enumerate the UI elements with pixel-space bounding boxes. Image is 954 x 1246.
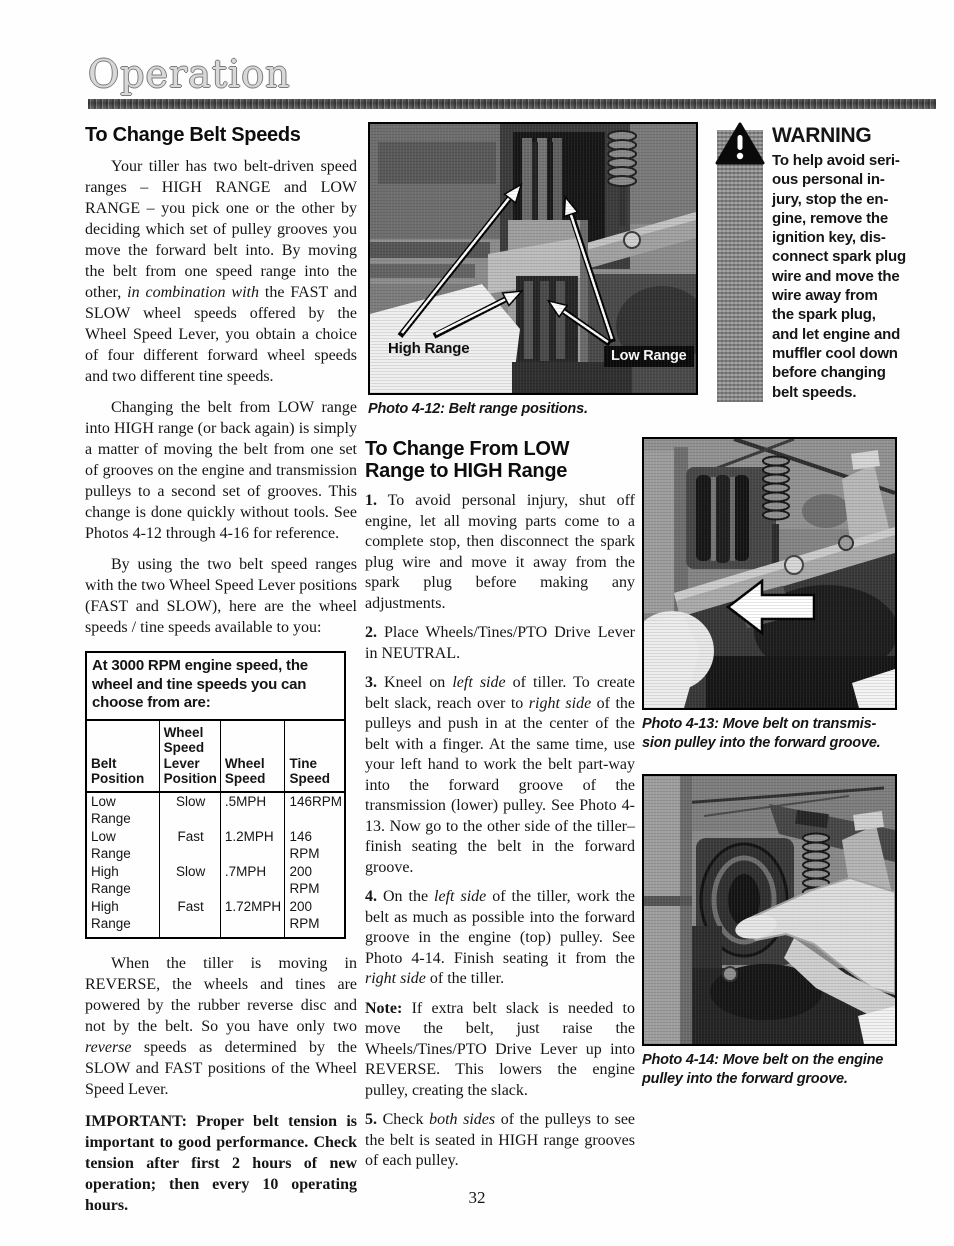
step-text-italic: right side bbox=[529, 695, 591, 712]
table-cell: .7MPH bbox=[220, 863, 285, 898]
left-column: To Change Belt Speeds Your tiller has tw… bbox=[85, 124, 357, 1216]
table-cell: Low Range bbox=[86, 792, 159, 828]
table-caption-row: At 3000 RPM engine speed, the wheel and … bbox=[86, 652, 345, 720]
warning-triangle-icon bbox=[715, 122, 765, 166]
step-2: 2. Place Wheels/Tines/PTO Drive Lever in… bbox=[365, 623, 635, 664]
step-text: Kneel on bbox=[377, 674, 452, 691]
manual-page: Operation To Change Belt Speeds Your til… bbox=[0, 0, 954, 1246]
speed-table: At 3000 RPM engine speed, the wheel and … bbox=[85, 651, 346, 939]
paragraph: When the tiller is moving in REVERSE, th… bbox=[85, 953, 357, 1100]
table-cell: Fast bbox=[159, 828, 220, 863]
section-heading-change-range: To Change From LOW Range to HIGH Range bbox=[365, 438, 620, 482]
photo-4-13-caption: Photo 4-13: Move belt on transmis­sion p… bbox=[642, 715, 898, 753]
step-number: 5. bbox=[365, 1111, 377, 1128]
high-range-label: High Range bbox=[388, 340, 469, 357]
table-cell: .5MPH bbox=[220, 792, 285, 828]
table-row: High Range Fast 1.72MPH 200 RPM bbox=[86, 898, 345, 938]
photo-4-14-caption: Photo 4-14: Move belt on the en­gine pul… bbox=[642, 1051, 898, 1089]
table-caption: At 3000 RPM engine speed, the wheel and … bbox=[86, 652, 345, 720]
table-cell: 1.72MPH bbox=[220, 898, 285, 938]
table-header-belt-position: Belt Position bbox=[86, 720, 159, 792]
paragraph-text: When the tiller is moving in REVERSE, th… bbox=[85, 955, 357, 1035]
transmission-pulley bbox=[686, 467, 776, 569]
step-number: 3. bbox=[365, 674, 377, 691]
table-cell: Low Range bbox=[86, 828, 159, 863]
step-text: On the bbox=[377, 888, 434, 905]
important-note: IMPORTANT: Proper belt tension is import… bbox=[85, 1111, 357, 1216]
step-number: 1. bbox=[365, 492, 377, 509]
step-text: of the tiller. bbox=[426, 970, 504, 987]
paragraph: Changing the belt from LOW range into HI… bbox=[85, 397, 357, 544]
paragraph: Your tiller has two belt-driven speed ra… bbox=[85, 156, 357, 387]
photo-4-13-illustration bbox=[644, 439, 895, 708]
note-label: Note: bbox=[365, 1000, 402, 1017]
step-text: of the pulleys and push in at the center… bbox=[365, 695, 635, 876]
step-text-italic: both sides bbox=[429, 1111, 495, 1128]
table-cell: 200 RPM bbox=[285, 863, 345, 898]
paragraph-text-italic: in combination with bbox=[127, 284, 259, 301]
step-text: Check bbox=[377, 1111, 429, 1128]
step-5: 5. Check both sides of the pulleys to se… bbox=[365, 1110, 635, 1172]
step-text-italic: left side bbox=[434, 888, 486, 905]
table-row: Low Range Slow .5MPH 146RPM bbox=[86, 792, 345, 828]
masthead-rule bbox=[88, 99, 936, 109]
note-paragraph: Note: If extra belt slack is needed to m… bbox=[365, 999, 635, 1102]
warning-title: WARNING bbox=[772, 124, 952, 148]
step-number: 4. bbox=[365, 888, 377, 905]
table-cell: 200 RPM bbox=[285, 898, 345, 938]
warning-body: To help avoid seri- ous personal in- jur… bbox=[772, 151, 952, 402]
table-cell: Slow bbox=[159, 863, 220, 898]
step-text: Place Wheels/Tines/PTO Drive Lever in NE… bbox=[365, 624, 635, 662]
step-text-italic: left side bbox=[452, 674, 505, 691]
table-row: High Range Slow .7MPH 200 RPM bbox=[86, 863, 345, 898]
warning-box: WARNING To help avoid seri- ous personal… bbox=[715, 122, 954, 414]
step-text: To avoid personal injury, shut off engin… bbox=[365, 492, 635, 612]
paragraph-text: Your tiller has two belt-driven speed ra… bbox=[85, 158, 357, 301]
table-cell: High Range bbox=[86, 863, 159, 898]
table-cell: Slow bbox=[159, 792, 220, 828]
photo-4-14-illustration bbox=[644, 776, 895, 1044]
step-1: 1. To avoid personal injury, shut off en… bbox=[365, 491, 635, 614]
table-header-lever-position: Wheel Speed Lever Position bbox=[159, 720, 220, 792]
step-text-italic: right side bbox=[365, 970, 426, 987]
section-heading-belt-speeds: To Change Belt Speeds bbox=[85, 124, 357, 146]
warning-side-bar bbox=[717, 130, 763, 402]
paragraph-text-italic: reverse bbox=[85, 1039, 132, 1056]
table-cell: 1.2MPH bbox=[220, 828, 285, 863]
table-cell: 146 RPM bbox=[285, 828, 345, 863]
table-header-wheel-speed: Wheel Speed bbox=[220, 720, 285, 792]
step-3: 3. Kneel on left side of tiller. To crea… bbox=[365, 673, 635, 878]
step-number: 2. bbox=[365, 624, 377, 641]
table-cell: Fast bbox=[159, 898, 220, 938]
table-header-tine-speed: Tine Speed bbox=[285, 720, 345, 792]
page-title: Operation bbox=[88, 52, 291, 96]
table-cell: High Range bbox=[86, 898, 159, 938]
table-row: Low Range Fast 1.2MPH 146 RPM bbox=[86, 828, 345, 863]
transmission-pulley bbox=[516, 276, 578, 362]
photo-4-13-transmission-pulley bbox=[642, 437, 897, 710]
table-header-row: Belt Position Wheel Speed Lever Position… bbox=[86, 720, 345, 792]
warning-text-block: WARNING To help avoid seri- ous personal… bbox=[772, 124, 952, 402]
table-cell: 146RPM bbox=[285, 792, 345, 828]
page-number: 32 bbox=[427, 1188, 527, 1208]
right-column: WARNING To help avoid seri- ous personal… bbox=[640, 122, 954, 1089]
note-text: If extra belt slack is needed to move th… bbox=[365, 1000, 635, 1099]
paragraph: By using the two belt speed ranges with … bbox=[85, 554, 357, 638]
photo-4-14-engine-pulley bbox=[642, 774, 897, 1046]
step-4: 4. On the left side of the tiller, work … bbox=[365, 887, 635, 990]
